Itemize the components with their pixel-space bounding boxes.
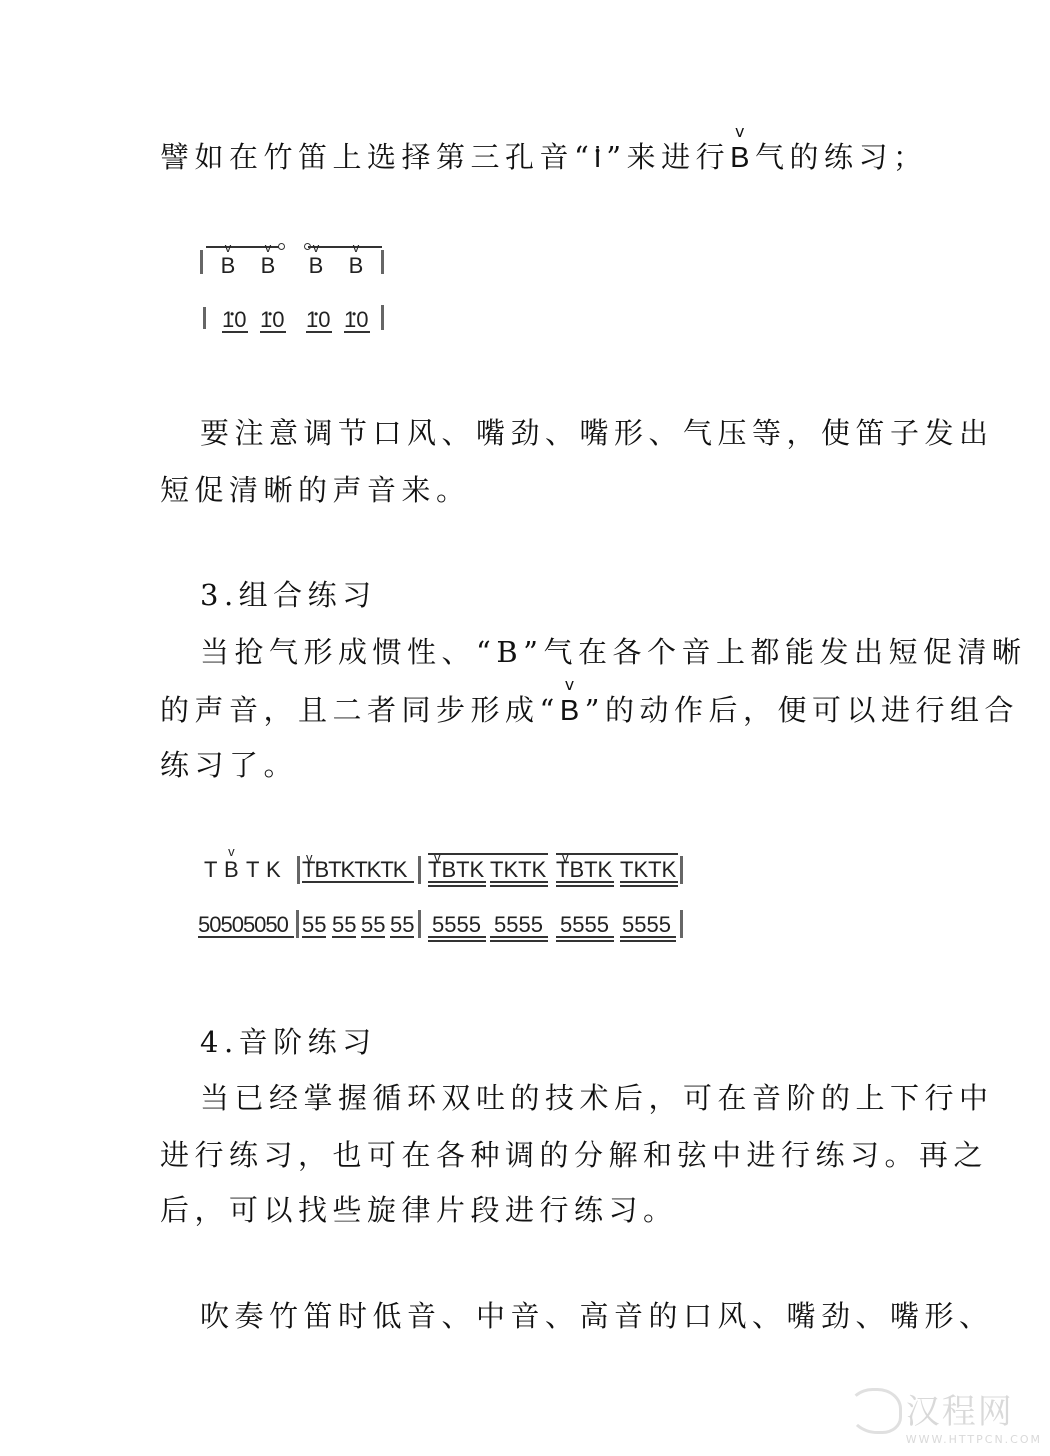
underline: [344, 331, 370, 333]
underline: [260, 331, 286, 333]
underline: [302, 936, 326, 938]
barline: [200, 250, 203, 274]
underline: [428, 940, 486, 942]
measure-50505050: 50505050: [198, 913, 288, 937]
underline: [556, 881, 614, 883]
measure-tbtktktk: TBTKTKTK: [302, 858, 406, 882]
note-10: •10: [344, 308, 368, 332]
measure-5555: 5555: [560, 913, 609, 937]
section-heading-scale: 4.音阶练习: [200, 1022, 377, 1062]
measure-group: TKTK: [620, 858, 676, 882]
slur-end: [278, 243, 285, 250]
paragraph-combination-line3: 练习了。: [160, 745, 298, 785]
text-segment: 的声音，且二者同步形成“: [160, 693, 560, 727]
breath-b-symbol: vB: [560, 691, 585, 731]
underline: [198, 936, 294, 938]
barline: [297, 856, 300, 884]
measure-55: 55: [302, 913, 326, 937]
barline: [418, 856, 421, 884]
paragraph-adjust-line2: 短促清晰的声音来。: [160, 470, 471, 510]
barline: [381, 305, 384, 330]
watermark-logo-icon: [848, 1388, 902, 1434]
watermark: 汉程网 WWW.HTTPCN.COM: [906, 1384, 1042, 1446]
underline: [361, 936, 385, 938]
accent-mark: v: [306, 846, 313, 870]
paragraph-combination-line2: 的声音，且二者同步形成“vB”的动作后，便可以进行组合: [160, 690, 1019, 731]
underline: [428, 885, 486, 887]
underline: [620, 885, 678, 887]
barline: [296, 910, 299, 938]
breath-b-symbol: vB: [730, 138, 755, 178]
measure-5555: 5555: [432, 913, 481, 937]
text-segment: ”的动作后，便可以进行组合: [585, 693, 1019, 727]
b-note: vB: [306, 254, 326, 278]
underline: [390, 936, 414, 938]
note-10: •10: [260, 308, 284, 332]
underline: [490, 885, 548, 887]
underline: [306, 331, 332, 333]
barline: [418, 910, 421, 938]
note-10: •10: [306, 308, 330, 332]
underline: [556, 940, 614, 942]
barline: [381, 250, 384, 274]
barline: [680, 856, 683, 884]
paragraph-scale-line3: 后，可以找些旋律片段进行练习。: [160, 1190, 678, 1230]
paragraph-adjust-line1: 要注意调节口风、嘴劲、嘴形、气压等，使笛子发出: [200, 413, 994, 453]
measure-5555: 5555: [494, 913, 543, 937]
underline: [490, 936, 548, 938]
paragraph-scale-line2: 进行练习，也可在各种调的分解和弦中进行练习。再之: [160, 1135, 988, 1175]
syllable: K: [266, 858, 281, 882]
underline: [222, 331, 248, 333]
note-10: •10: [222, 308, 246, 332]
barline: [680, 910, 683, 938]
accent-mark: v: [562, 846, 569, 870]
underline: [428, 936, 486, 938]
measure-55: 55: [390, 913, 414, 937]
underline: [556, 885, 614, 887]
high-note-symbol: •i: [594, 138, 606, 178]
b-note: vB: [218, 254, 238, 278]
measure-55: 55: [332, 913, 356, 937]
watermark-logo-text: 汉程网: [906, 1384, 1042, 1433]
syllable-b: vB: [224, 858, 239, 882]
accent-mark: v: [735, 124, 750, 140]
text-segment: ”来进行: [606, 140, 730, 174]
b-note: vB: [346, 254, 366, 278]
watermark-url: WWW.HTTPCN.COM: [906, 1433, 1042, 1446]
measure-group: TKTK: [490, 858, 546, 882]
slur: [556, 853, 678, 855]
section-heading-combination: 3.组合练习: [200, 575, 377, 615]
b-letter: B: [730, 142, 755, 174]
underline: [620, 881, 678, 883]
measure-5555: 5555: [622, 913, 671, 937]
underline: [620, 936, 676, 938]
barline: [203, 307, 206, 329]
syllable: T: [204, 858, 217, 882]
syllable: T: [246, 858, 259, 882]
paragraph-playing-line1: 吹奏竹笛时低音、中音、高音的口风、嘴劲、嘴形、: [200, 1296, 994, 1336]
text-segment: 气的练习；: [755, 140, 928, 174]
underline: [620, 940, 676, 942]
underline: [302, 881, 414, 883]
underline: [490, 940, 548, 942]
paragraph-breath-practice: 譬如在竹笛上选择第三孔音“•i”来进行vB气的练习；: [160, 137, 927, 178]
text-segment: 譬如在竹笛上选择第三孔音“: [160, 140, 594, 174]
accent-mark: v: [434, 846, 441, 870]
underline: [490, 881, 548, 883]
measure-55: 55: [361, 913, 385, 937]
underline: [428, 881, 486, 883]
slur: [428, 853, 548, 855]
b-note: vB: [258, 254, 278, 278]
underline: [556, 936, 614, 938]
paragraph-scale-line1: 当已经掌握循环双吐的技术后，可在音阶的上下行中: [200, 1078, 994, 1118]
paragraph-combination-line1: 当抢气形成惯性、“B”气在各个音上都能发出短促清晰: [200, 632, 1026, 672]
underline: [332, 936, 356, 938]
